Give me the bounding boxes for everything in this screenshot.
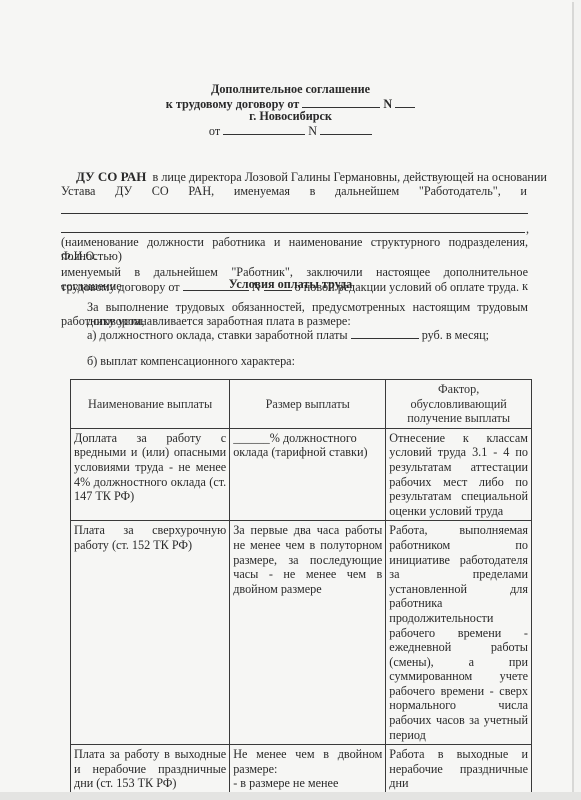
employee-blank-line-2 [61,232,525,233]
agreement-date-line: от N [0,123,581,138]
preamble-word: в [310,184,316,198]
blank-comma: , [526,222,529,236]
preamble-word: РАН, [188,184,214,198]
table-row: Плата за работу в выходные и нерабочие п… [71,745,532,795]
document-city: г. Новосибирск [0,109,581,123]
position-note-line-2: полностью) [61,249,122,263]
position-note-line-1: (наименование должности работника и наим… [61,235,528,263]
table-header-row: Наименование выплаты Размер выплаты Факт… [71,380,532,429]
item-b: б) выплат компенсационного характера: [87,354,295,368]
section-title: Условия оплаты труда [0,277,581,291]
preamble-word: и [520,184,527,198]
table-row: Доплата за работу с вредными и (или) опа… [71,428,532,521]
payment-amount-cell: ______% должностного оклада (тарифной ст… [230,428,386,521]
preamble-word: именуемая [234,184,290,198]
preamble-line-2: УставаДУСОРАН,именуемаявдальнейшем"Работ… [61,184,527,198]
salary-blank [351,327,419,339]
employee-blank-line-1 [61,213,528,214]
preamble-word: ДУ [115,184,132,198]
document-title: Дополнительное соглашение [0,82,581,96]
preamble-word: дальнейшем [335,184,399,198]
header-payment-factor: Фактор, обусловливающий получение выплат… [386,380,532,429]
header-payment-name: Наименование выплаты [71,380,230,429]
payment-factor-cell: Работа в выходные и нерабочие праздничны… [386,745,532,795]
payment-name-cell: Плата за сверхурочную работу (ст. 152 ТК… [71,521,230,745]
item-a: а) должностного оклада, ставки заработно… [87,327,489,342]
payment-factor-cell: Работа, выполняемая работником по инициа… [386,521,532,745]
header-payment-amount: Размер выплаты [230,380,386,429]
contract-date-blank [302,96,380,108]
preamble-word: СО [152,184,169,198]
scan-bottom-edge [0,792,581,800]
payment-factor-cell: Отнесение к классам условий труда 3.1 - … [386,428,532,521]
payment-name-cell: Плата за работу в выходные и нерабочие п… [71,745,230,795]
agreement-number-blank [320,123,372,135]
agreement-date-blank [223,123,305,135]
compensation-table: Наименование выплаты Размер выплаты Факт… [70,379,532,795]
preamble-word: Устава [61,184,95,198]
document-page: Дополнительное соглашение к трудовому до… [0,0,572,792]
table-row: Плата за сверхурочную работу (ст. 152 ТК… [71,521,532,745]
contract-number-blank [395,96,415,108]
section-para-line-2: работнику устанавливается заработная пла… [61,314,351,328]
payment-name-cell: Доплата за работу с вредными и (или) опа… [71,428,230,521]
payment-amount-cell: За первые два часа работы не менее чем в… [230,521,386,745]
payment-amount-cell: Не менее чем в двойном размере: - в разм… [230,745,386,795]
preamble-word: "Работодатель", [419,184,501,198]
preamble-line-1: ДУ СО РАН в лице директора Лозовой Галин… [76,170,547,184]
